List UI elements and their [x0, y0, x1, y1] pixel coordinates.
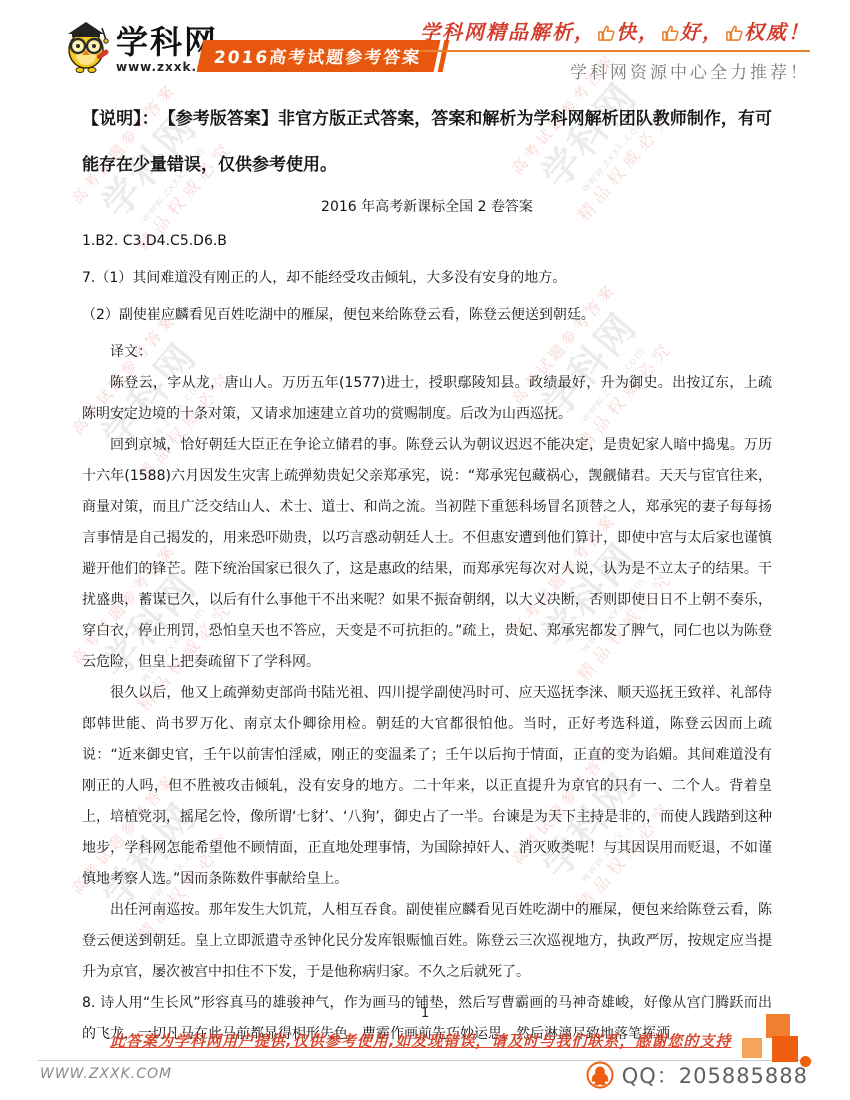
slogan-separator: ， — [574, 20, 596, 44]
paragraph: 1.B2. C3.D4.C5.D6.B — [82, 226, 772, 257]
corner-decoration — [738, 1012, 818, 1070]
footer-disclaimer: 此答案为学科网用户提供,仅供参考使用,如发现错误，请及时与我们联系，感谢您的支持 — [110, 1030, 730, 1051]
paragraph: （2）副使崔应麟看见百姓吃湖中的雁屎，便包来给陈登云看，陈登云便送到朝廷。 — [82, 300, 772, 331]
decor-square-top — [766, 1014, 790, 1038]
decor-square-left — [742, 1038, 762, 1058]
slogan-suffix: ！ — [788, 20, 810, 44]
paragraph: 7.（1）其间难道没有刚正的人，却不能经受攻击倾轧，大多没有安身的地方。 — [82, 263, 772, 294]
slogan-separator: ， — [702, 20, 724, 44]
slogan-item: 快 — [616, 20, 638, 44]
slogan-separator: ， — [638, 20, 660, 44]
paragraph: 很久以后，他又上疏弹劾吏部尚书陆光祖、四川提学副使冯时可、应天巡抚李涞、顺天巡抚… — [82, 678, 772, 895]
promo-slogan: 学科网精品解析，快，好，权威！ — [420, 16, 810, 52]
promo-subslogan: 学科网资源中心全力推荐！ — [420, 58, 810, 83]
paragraph: 陈登云，字从龙，唐山人。万历五年(1577)进士，授职鄢陵知县。政绩最好，升为御… — [82, 368, 772, 430]
decor-square-right — [772, 1036, 798, 1062]
banner-label: 2016高考试题参考答案 — [213, 43, 423, 68]
answer-notice: 【说明】： 【参考版答案】非官方版正式答案，答案和解析为学科网解析团队教师制作，… — [82, 96, 772, 188]
decor-dot — [800, 1056, 811, 1067]
document-title: 2016 年高考新课标全国 2 卷答案 — [82, 196, 772, 216]
slogan-prefix: 学科网精品解析 — [420, 20, 574, 44]
qq-penguin-icon — [586, 1061, 614, 1089]
document-body: 【说明】： 【参考版答案】非官方版正式答案，答案和解析为学科网解析团队教师制作，… — [82, 96, 772, 1050]
paragraph: 出任河南巡按。那年发生大饥荒，人相互吞食。副使崔应麟看见百姓吃湖中的雁屎，便包来… — [82, 895, 772, 988]
exam-answer-banner: 2016高考试题参考答案 — [197, 40, 441, 72]
thumbs-up-icon — [725, 25, 743, 41]
page-header: 学科网 www.zxxk.com 2016高考试题参考答案 学科网精品解析，快，… — [60, 14, 810, 76]
footer-site-url[interactable]: WWW.ZXXK.COM — [40, 1066, 172, 1082]
thumbs-up-icon — [661, 25, 679, 41]
slogan-item: 权威 — [744, 20, 788, 44]
slogan-item: 好 — [680, 20, 702, 44]
answer-paragraphs: 1.B2. C3.D4.C5.D6.B7.（1）其间难道没有刚正的人，却不能经受… — [82, 226, 772, 1050]
paragraph: 回到京城，恰好朝廷大臣正在争论立储君的事。陈登云认为朝议迟迟不能决定，是贵妃家人… — [82, 430, 772, 678]
paragraph: 译文： — [82, 337, 772, 368]
owl-mascot-icon — [60, 16, 112, 74]
page-number: 1 — [0, 1006, 850, 1021]
thumbs-up-icon — [597, 25, 615, 41]
